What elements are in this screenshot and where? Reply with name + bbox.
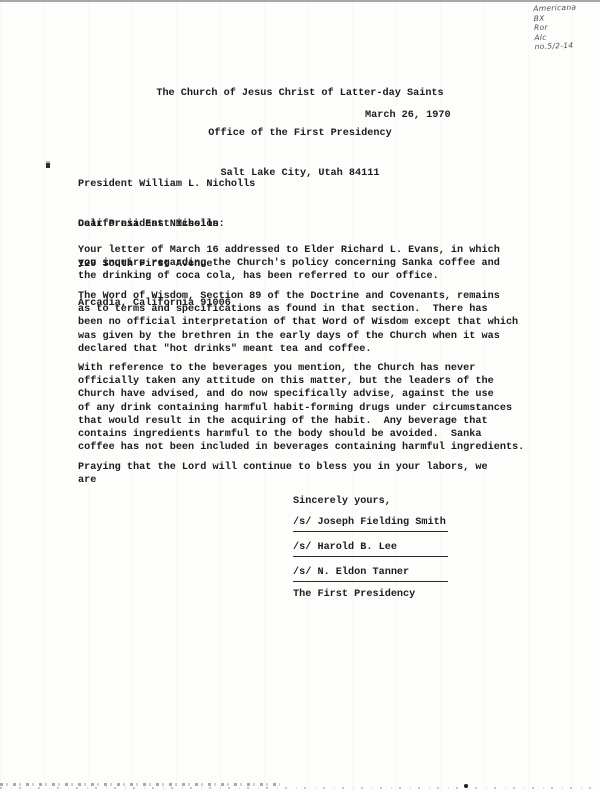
- scan-bottom-noise-sparse: [0, 787, 600, 789]
- letterhead-line-1: The Church of Jesus Christ of Latter-day…: [0, 87, 600, 100]
- signature-block-title: The First Presidency: [293, 588, 415, 601]
- salutation: Dear President Nicholls:: [78, 218, 225, 231]
- handwritten-annotation: Americana BX Ror Alc no.5/2-14: [533, 2, 599, 52]
- paragraph-4: Praying that the Lord will continue to b…: [78, 461, 488, 487]
- scan-top-edge: [0, 0, 600, 2]
- paragraph-3: With reference to the beverages you ment…: [78, 362, 524, 454]
- signature-joseph-fielding-smith: /s/ Joseph Fielding Smith: [293, 516, 448, 532]
- scan-bottom-noise-dense: [0, 783, 280, 786]
- ink-speck: [46, 163, 50, 168]
- date-line: March 26, 1970: [365, 109, 451, 122]
- closing: Sincerely yours,: [293, 495, 391, 508]
- handwritten-line-5: no.5/2-14: [535, 40, 599, 52]
- scanned-letter-page: Americana BX Ror Alc no.5/2-14 The Churc…: [0, 0, 600, 791]
- scan-dot: [464, 784, 468, 788]
- signature-harold-b-lee: /s/ Harold B. Lee: [293, 541, 448, 557]
- paragraph-1: Your letter of March 16 addressed to Eld…: [78, 244, 500, 284]
- letterhead-line-2: Office of the First Presidency: [0, 127, 600, 140]
- paragraph-2: The Word of Wisdom, Section 89 of the Do…: [78, 290, 518, 356]
- recipient-name: President William L. Nicholls: [78, 178, 255, 191]
- signature-n-eldon-tanner: /s/ N. Eldon Tanner: [293, 566, 448, 582]
